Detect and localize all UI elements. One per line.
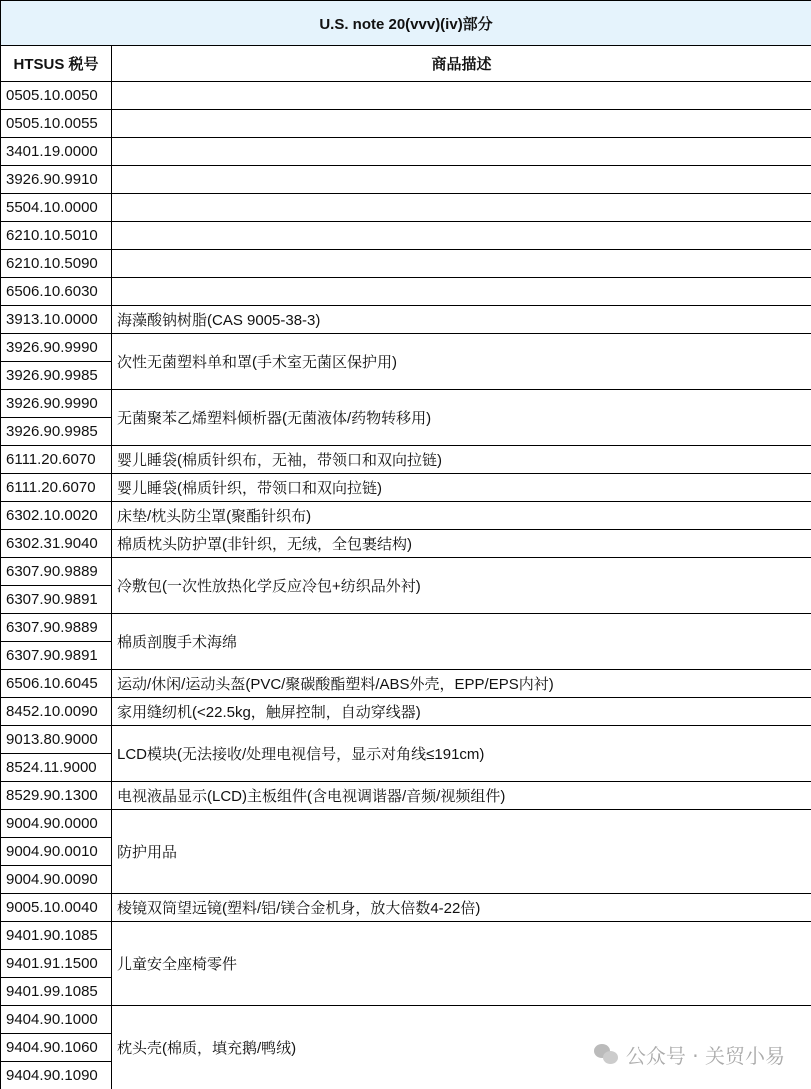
table-row: 6506.10.6045运动/休闲/运动头盔(PVC/聚碳酸酯塑料/ABS外壳，… (1, 670, 811, 698)
description-cell: 海藻酸钠树脂(CAS 9005-38-3) (112, 306, 811, 334)
description-cell (112, 222, 811, 250)
table-row: 9004.90.0000防护用品 (1, 810, 811, 838)
table-title: U.S. note 20(vvv)(iv)部分 (1, 1, 811, 46)
table-row: 6302.10.0020床垫/枕头防尘罩(聚酯针织布) (1, 502, 811, 530)
hts-code-cell: 9404.90.1000 (1, 1006, 112, 1034)
hts-code-cell: 6307.90.9891 (1, 642, 112, 670)
hts-code-cell: 9401.90.1085 (1, 922, 112, 950)
table-row: 6506.10.6030 (1, 278, 811, 306)
hts-code-cell: 9004.90.0010 (1, 838, 112, 866)
table-row: 6111.20.6070婴儿睡袋(棉质针织布，无袖，带领口和双向拉链) (1, 446, 811, 474)
hts-code-cell: 8524.11.9000 (1, 754, 112, 782)
hts-code-cell: 3926.90.9985 (1, 362, 112, 390)
table-row: 6210.10.5090 (1, 250, 811, 278)
description-cell: 运动/休闲/运动头盔(PVC/聚碳酸酯塑料/ABS外壳，EPP/EPS内衬) (112, 670, 811, 698)
table-row: 3913.10.0000海藻酸钠树脂(CAS 9005-38-3) (1, 306, 811, 334)
hts-code-cell: 0505.10.0050 (1, 82, 112, 110)
description-cell: 儿童安全座椅零件 (112, 922, 811, 1006)
description-cell: 无菌聚苯乙烯塑料倾析器(无菌液体/药物转移用) (112, 390, 811, 446)
hts-code-cell: 9005.10.0040 (1, 894, 112, 922)
description-cell (112, 82, 811, 110)
table-row: 6307.90.9889冷敷包(一次性放热化学反应冷包+纺织品外衬) (1, 558, 811, 586)
description-cell (112, 110, 811, 138)
table-row: 3926.90.9910 (1, 166, 811, 194)
hts-code-cell: 3926.90.9985 (1, 418, 112, 446)
hts-code-cell: 6210.10.5090 (1, 250, 112, 278)
hts-code-cell: 9004.90.0090 (1, 866, 112, 894)
description-cell: 次性无菌塑料单和罩(手术室无菌区保护用) (112, 334, 811, 390)
table-body: 0505.10.00500505.10.00553401.19.00003926… (1, 82, 811, 1089)
description-cell: 冷敷包(一次性放热化学反应冷包+纺织品外衬) (112, 558, 811, 614)
description-cell: 婴儿睡袋(棉质针织，带领口和双向拉链) (112, 474, 811, 502)
hts-code-cell: 6506.10.6030 (1, 278, 112, 306)
hts-code-cell: 9404.90.1060 (1, 1034, 112, 1062)
table-row: 3926.90.9990次性无菌塑料单和罩(手术室无菌区保护用) (1, 334, 811, 362)
description-cell: 防护用品 (112, 810, 811, 894)
table-row: 0505.10.0050 (1, 82, 811, 110)
hts-code-cell: 5504.10.0000 (1, 194, 112, 222)
hts-code-cell: 3926.90.9990 (1, 390, 112, 418)
table-row: 9013.80.9000LCD模块(无法接收/处理电视信号，显示对角线≤191c… (1, 726, 811, 754)
hts-code-cell: 6302.10.0020 (1, 502, 112, 530)
description-cell: 家用缝纫机(<22.5kg，触屏控制，自动穿线器) (112, 698, 811, 726)
hts-code-cell: 6307.90.9889 (1, 558, 112, 586)
description-cell (112, 194, 811, 222)
hts-code-cell: 9404.90.1090 (1, 1062, 112, 1089)
table-row: 9404.90.1000枕头壳(棉质，填充鹅/鸭绒) (1, 1006, 811, 1034)
header-description: 商品描述 (112, 46, 811, 82)
table-row: 6307.90.9889棉质剖腹手术海绵 (1, 614, 811, 642)
table-row: 9005.10.0040棱镜双筒望远镜(塑料/铝/镁合金机身，放大倍数4-22倍… (1, 894, 811, 922)
table-row: 5504.10.0000 (1, 194, 811, 222)
description-cell: 婴儿睡袋(棉质针织布，无袖，带领口和双向拉链) (112, 446, 811, 474)
header-code: HTSUS 税号 (1, 46, 112, 82)
hts-code-cell: 9401.99.1085 (1, 978, 112, 1006)
hts-code-cell: 8452.10.0090 (1, 698, 112, 726)
table-row: 0505.10.0055 (1, 110, 811, 138)
hts-code-cell: 6210.10.5010 (1, 222, 112, 250)
hts-code-cell: 6307.90.9889 (1, 614, 112, 642)
hts-code-cell: 6111.20.6070 (1, 446, 112, 474)
description-cell: 电视液晶显示(LCD)主板组件(含电视调谐器/音频/视频组件) (112, 782, 811, 810)
hts-code-cell: 0505.10.0055 (1, 110, 112, 138)
hts-code-cell: 3913.10.0000 (1, 306, 112, 334)
table-row: 3926.90.9990无菌聚苯乙烯塑料倾析器(无菌液体/药物转移用) (1, 390, 811, 418)
watermark: 公众号 · 关贸小易 (594, 1040, 785, 1069)
description-cell: 棉质枕头防护罩(非针织，无绒，全包裹结构) (112, 530, 811, 558)
description-cell: 棱镜双筒望远镜(塑料/铝/镁合金机身，放大倍数4-22倍) (112, 894, 811, 922)
description-cell (112, 138, 811, 166)
description-cell: LCD模块(无法接收/处理电视信号，显示对角线≤191cm) (112, 726, 811, 782)
description-cell: 棉质剖腹手术海绵 (112, 614, 811, 670)
hts-code-cell: 3401.19.0000 (1, 138, 112, 166)
table-row: 6302.31.9040棉质枕头防护罩(非针织，无绒，全包裹结构) (1, 530, 811, 558)
table-row: 6210.10.5010 (1, 222, 811, 250)
hts-table: U.S. note 20(vvv)(iv)部分 HTSUS 税号 商品描述 05… (0, 0, 811, 1089)
description-cell (112, 250, 811, 278)
description-cell: 床垫/枕头防尘罩(聚酯针织布) (112, 502, 811, 530)
hts-code-cell: 9401.91.1500 (1, 950, 112, 978)
watermark-text: 公众号 · 关贸小易 (626, 1040, 785, 1069)
hts-code-cell: 6302.31.9040 (1, 530, 112, 558)
hts-code-cell: 9004.90.0000 (1, 810, 112, 838)
description-cell (112, 278, 811, 306)
table-row: 9401.90.1085儿童安全座椅零件 (1, 922, 811, 950)
table-row: 8529.90.1300电视液晶显示(LCD)主板组件(含电视调谐器/音频/视频… (1, 782, 811, 810)
table-row: 3401.19.0000 (1, 138, 811, 166)
table-row: 8452.10.0090家用缝纫机(<22.5kg，触屏控制，自动穿线器) (1, 698, 811, 726)
hts-code-cell: 3926.90.9990 (1, 334, 112, 362)
hts-code-cell: 6506.10.6045 (1, 670, 112, 698)
hts-code-cell: 3926.90.9910 (1, 166, 112, 194)
description-cell (112, 166, 811, 194)
table-row: 6111.20.6070婴儿睡袋(棉质针织，带领口和双向拉链) (1, 474, 811, 502)
hts-code-cell: 6111.20.6070 (1, 474, 112, 502)
hts-code-cell: 6307.90.9891 (1, 586, 112, 614)
hts-code-cell: 8529.90.1300 (1, 782, 112, 810)
hts-code-cell: 9013.80.9000 (1, 726, 112, 754)
wechat-icon (594, 1044, 620, 1066)
